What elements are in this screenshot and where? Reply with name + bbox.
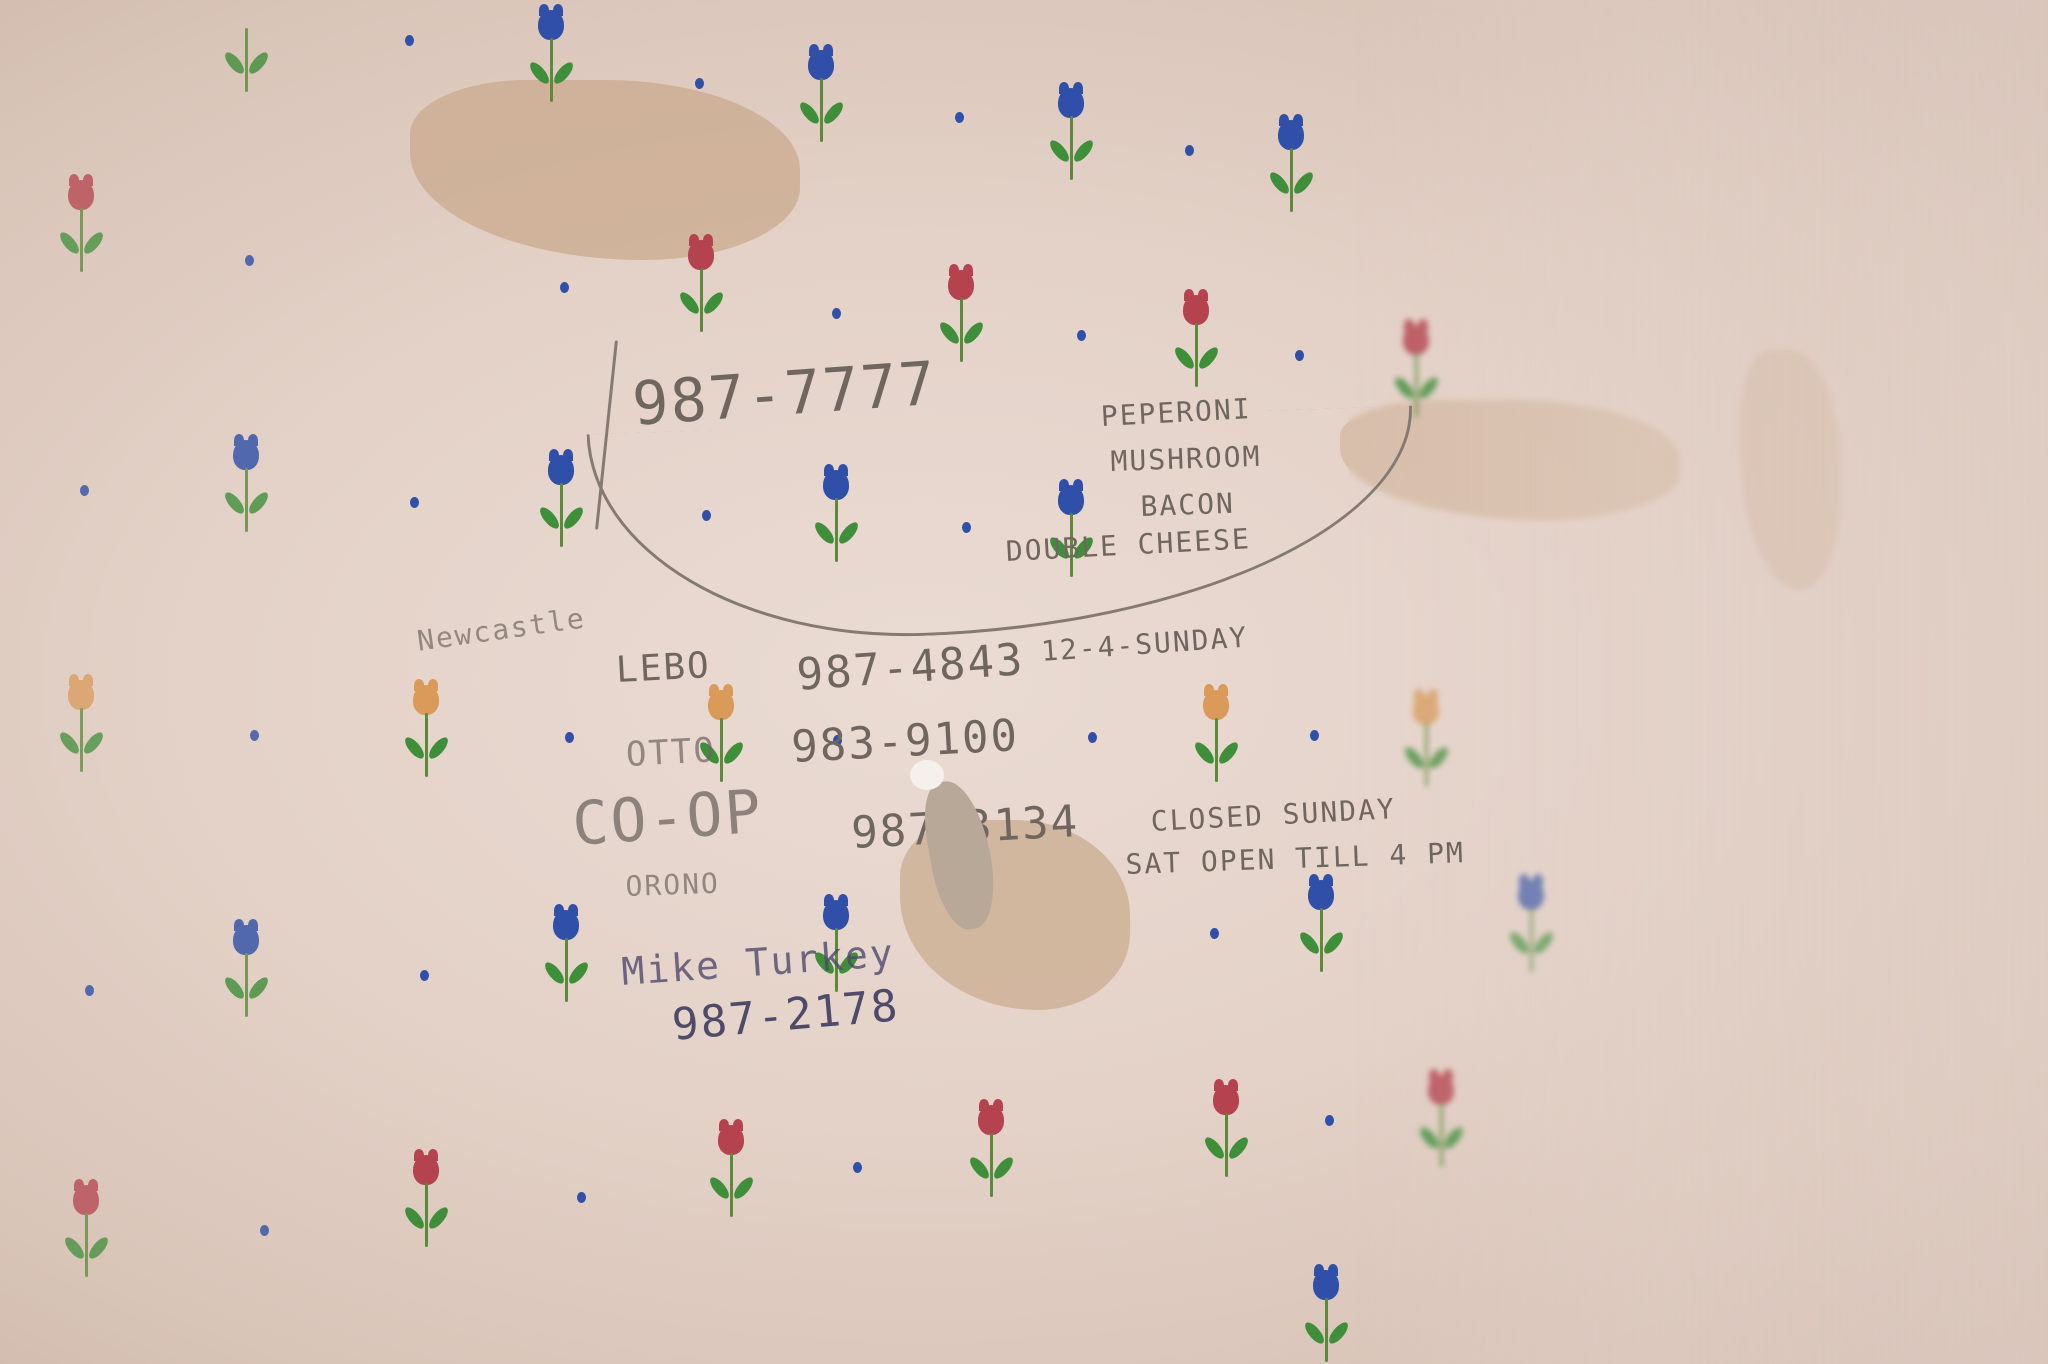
- flower-red: [50, 180, 110, 280]
- flower-blue: [1290, 880, 1350, 980]
- lebo-hours: 12-4-SUNDAY: [1040, 621, 1249, 668]
- dot: [695, 78, 704, 89]
- dot: [1185, 145, 1194, 156]
- other-name: OTTO: [625, 730, 717, 775]
- dot: [955, 112, 964, 123]
- wall-hole-plaster: [910, 760, 944, 790]
- flower-red: [55, 1185, 115, 1285]
- flower-red: [960, 1105, 1020, 1205]
- flower-blue: [535, 910, 595, 1010]
- dot: [1088, 732, 1097, 743]
- flower-blue: [215, 925, 275, 1025]
- dot: [260, 1225, 269, 1236]
- flower-green: [215, 0, 275, 100]
- flower-orange: [50, 680, 110, 780]
- flower-blue: [215, 440, 275, 540]
- flower-red: [700, 1125, 760, 1225]
- flower-blue: [520, 10, 580, 110]
- flower-red: [1195, 1085, 1255, 1185]
- dot: [420, 970, 429, 981]
- coop-location: ORONO: [625, 867, 720, 903]
- wallpaper: 987-7777 PEPERONI MUSHROOM BACON DOUBLE …: [0, 0, 2048, 1364]
- dot: [565, 732, 574, 743]
- dot: [1325, 1115, 1334, 1126]
- flower-blue: [530, 455, 590, 555]
- flower-orange: [395, 685, 455, 785]
- pizza-topping-3: BACON: [1140, 487, 1235, 523]
- other-phone: 983-9100: [790, 710, 1020, 773]
- flower-red: [670, 240, 730, 340]
- dot: [250, 730, 259, 741]
- flower-red: [1165, 295, 1225, 395]
- dot: [85, 985, 94, 996]
- flower-blue: [790, 50, 850, 150]
- dot: [853, 1162, 862, 1173]
- flower-red: [930, 270, 990, 370]
- dot: [577, 1192, 586, 1203]
- mike-phone: 987-2178: [670, 980, 901, 1051]
- dot: [1210, 928, 1219, 939]
- out-of-focus-area: [1348, 0, 2048, 1364]
- torn-patch: [410, 80, 800, 260]
- dot: [410, 497, 419, 508]
- dot: [560, 282, 569, 293]
- dot: [245, 255, 254, 266]
- flower-orange: [1185, 690, 1245, 790]
- dot: [1077, 330, 1086, 341]
- lebo-name: LEBO: [615, 645, 712, 691]
- dot: [80, 485, 89, 496]
- flower-blue: [1040, 88, 1100, 188]
- coop-name: CO-OP: [570, 777, 765, 860]
- flower-blue: [1295, 1270, 1355, 1364]
- dot: [1310, 730, 1319, 741]
- dot: [405, 35, 414, 46]
- pizza-topping-2: MUSHROOM: [1110, 440, 1262, 478]
- flower-red: [395, 1155, 455, 1255]
- dot: [1295, 350, 1304, 361]
- pencil-bracket-curve: [587, 406, 1420, 648]
- dot: [832, 308, 841, 319]
- newcastle-label: Newcastle: [415, 601, 588, 657]
- lebo-phone: 987-4843: [795, 634, 1026, 701]
- flower-blue: [1260, 120, 1320, 220]
